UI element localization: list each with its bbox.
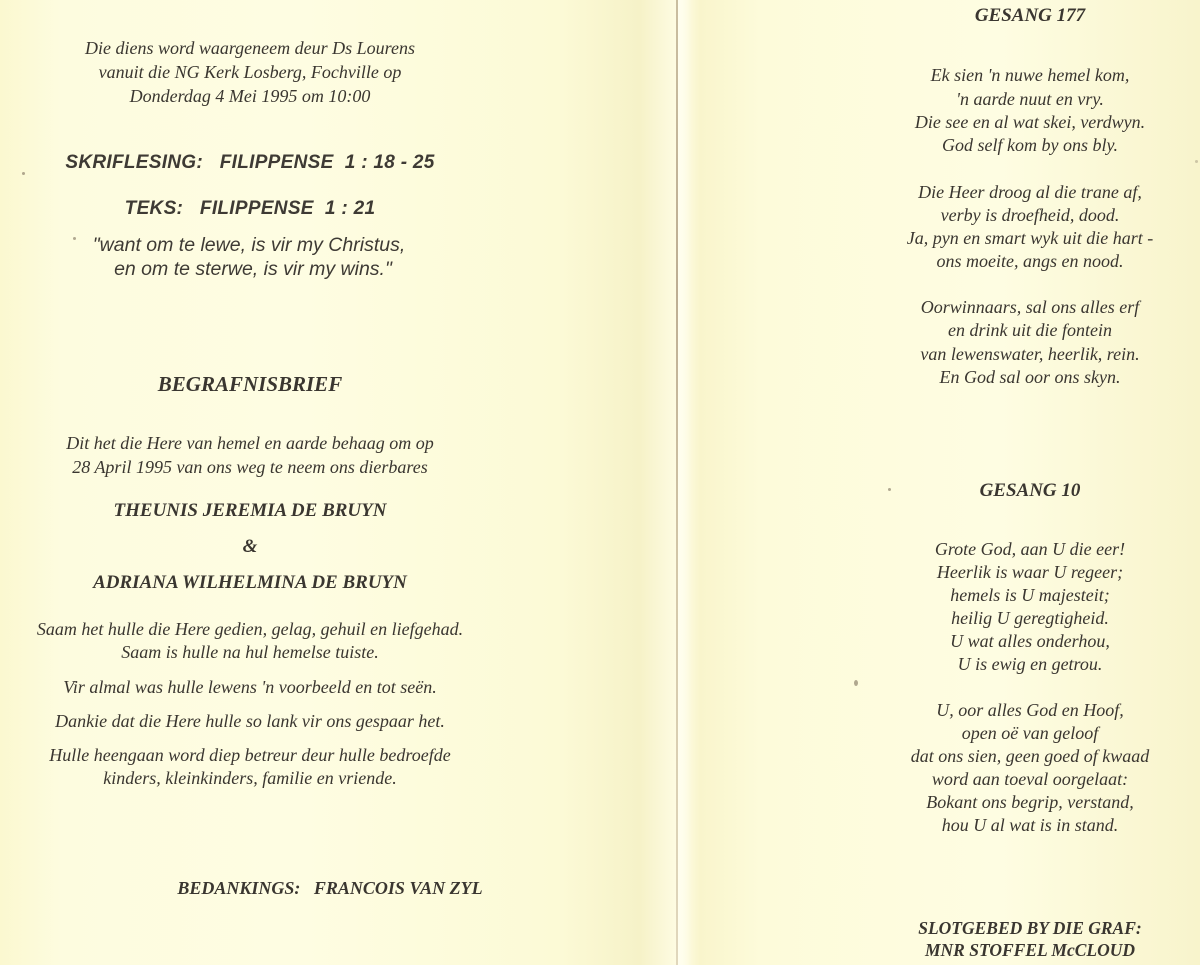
hymn-line: 'n aarde nuut en vry. — [860, 88, 1200, 111]
paper-speck — [854, 680, 858, 686]
scripture-reading: SKRIFLESING: FILIPPENSE 1 : 18 - 25 — [0, 152, 500, 174]
right-page: GESANG 177 Ek sien 'n nuwe hemel kom, 'n… — [860, 0, 1200, 965]
quote-line: "want om te lewe, is vir my Christus, — [0, 233, 500, 257]
hymn-line: Heerlik is waar U regeer; — [860, 561, 1200, 584]
hymn-title: GESANG 10 — [860, 480, 1200, 502]
hymn-line: U is ewig en getrou. — [860, 653, 1200, 676]
hymn-line: U wat alles onderhou, — [860, 630, 1200, 653]
service-info-line: Die diens word waargeneem deur Ds Louren… — [0, 37, 500, 60]
announcement-line: Dit het die Here van hemel en aarde beha… — [0, 432, 500, 455]
closing-prayer-name: MNR STOFFEL McCLOUD — [860, 940, 1200, 961]
hymn-line: van lewenswater, heerlik, rein. — [860, 343, 1200, 366]
hymn-line: U, oor alles God en Hoof, — [860, 699, 1200, 722]
hymn-line: Grote God, aan U die eer! — [860, 538, 1200, 561]
hymn-line: Bokant ons begrip, verstand, — [860, 791, 1200, 814]
hymn-line: dat ons sien, geen goed of kwaad — [860, 745, 1200, 768]
text-reference: TEKS: FILIPPENSE 1 : 21 — [0, 198, 500, 220]
tribute-line: kinders, kleinkinders, familie en vriend… — [0, 767, 500, 790]
tribute-line: Vir almal was hulle lewens 'n voorbeeld … — [0, 676, 500, 699]
tribute-line: Saam het hulle die Here gedien, gelag, g… — [0, 618, 500, 641]
hymn-line: hou U al wat is in stand. — [860, 814, 1200, 837]
hymn-line: en drink uit die fontein — [860, 319, 1200, 342]
closing-prayer-label: SLOTGEBED BY DIE GRAF: — [860, 918, 1200, 939]
thanks: BEDANKINGS: FRANCOIS VAN ZYL — [0, 878, 660, 899]
hymn-title: GESANG 177 — [860, 5, 1200, 27]
hymn-line: God self kom by ons bly. — [860, 134, 1200, 157]
hymn-line: verby is droefheid, dood. — [860, 204, 1200, 227]
hymn-line: Die see en al wat skei, verdwyn. — [860, 111, 1200, 134]
tribute-line: Saam is hulle na hul hemelse tuiste. — [0, 641, 500, 664]
hymn-line: heilig U geregtigheid. — [860, 607, 1200, 630]
hymn-line: Ja, pyn en smart wyk uit die hart - — [860, 227, 1200, 250]
hymn-line: ons moeite, angs en nood. — [860, 250, 1200, 273]
quote-line: en om te sterwe, is vir my wins." — [6, 257, 500, 281]
hymn-line: En God sal oor ons skyn. — [860, 366, 1200, 389]
deceased-name: ADRIANA WILHELMINA DE BRUYN — [0, 572, 500, 594]
tribute-line: Hulle heengaan word diep betreur deur hu… — [0, 744, 500, 767]
ampersand: & — [0, 536, 500, 558]
hymn-line: word aan toeval oorgelaat: — [860, 768, 1200, 791]
tribute-line: Dankie dat die Here hulle so lank vir on… — [0, 710, 500, 733]
left-page: Die diens word waargeneem deur Ds Louren… — [0, 0, 500, 965]
hymn-line: Ek sien 'n nuwe hemel kom, — [860, 64, 1200, 87]
hymn-line: Oorwinnaars, sal ons alles erf — [860, 296, 1200, 319]
announcement-line: 28 April 1995 van ons weg te neem ons di… — [0, 456, 500, 479]
fold-highlight — [678, 0, 692, 965]
service-info-line: vanuit die NG Kerk Losberg, Fochville op — [0, 61, 500, 84]
deceased-name: THEUNIS JEREMIA DE BRUYN — [0, 500, 500, 522]
hymn-line: hemels is U majesteit; — [860, 584, 1200, 607]
service-info-line: Donderdag 4 Mei 1995 om 10:00 — [0, 85, 500, 108]
hymn-line: open oë van geloof — [860, 722, 1200, 745]
hymn-line: Die Heer droog al die trane af, — [860, 181, 1200, 204]
letter-title: BEGRAFNISBRIEF — [0, 372, 500, 397]
